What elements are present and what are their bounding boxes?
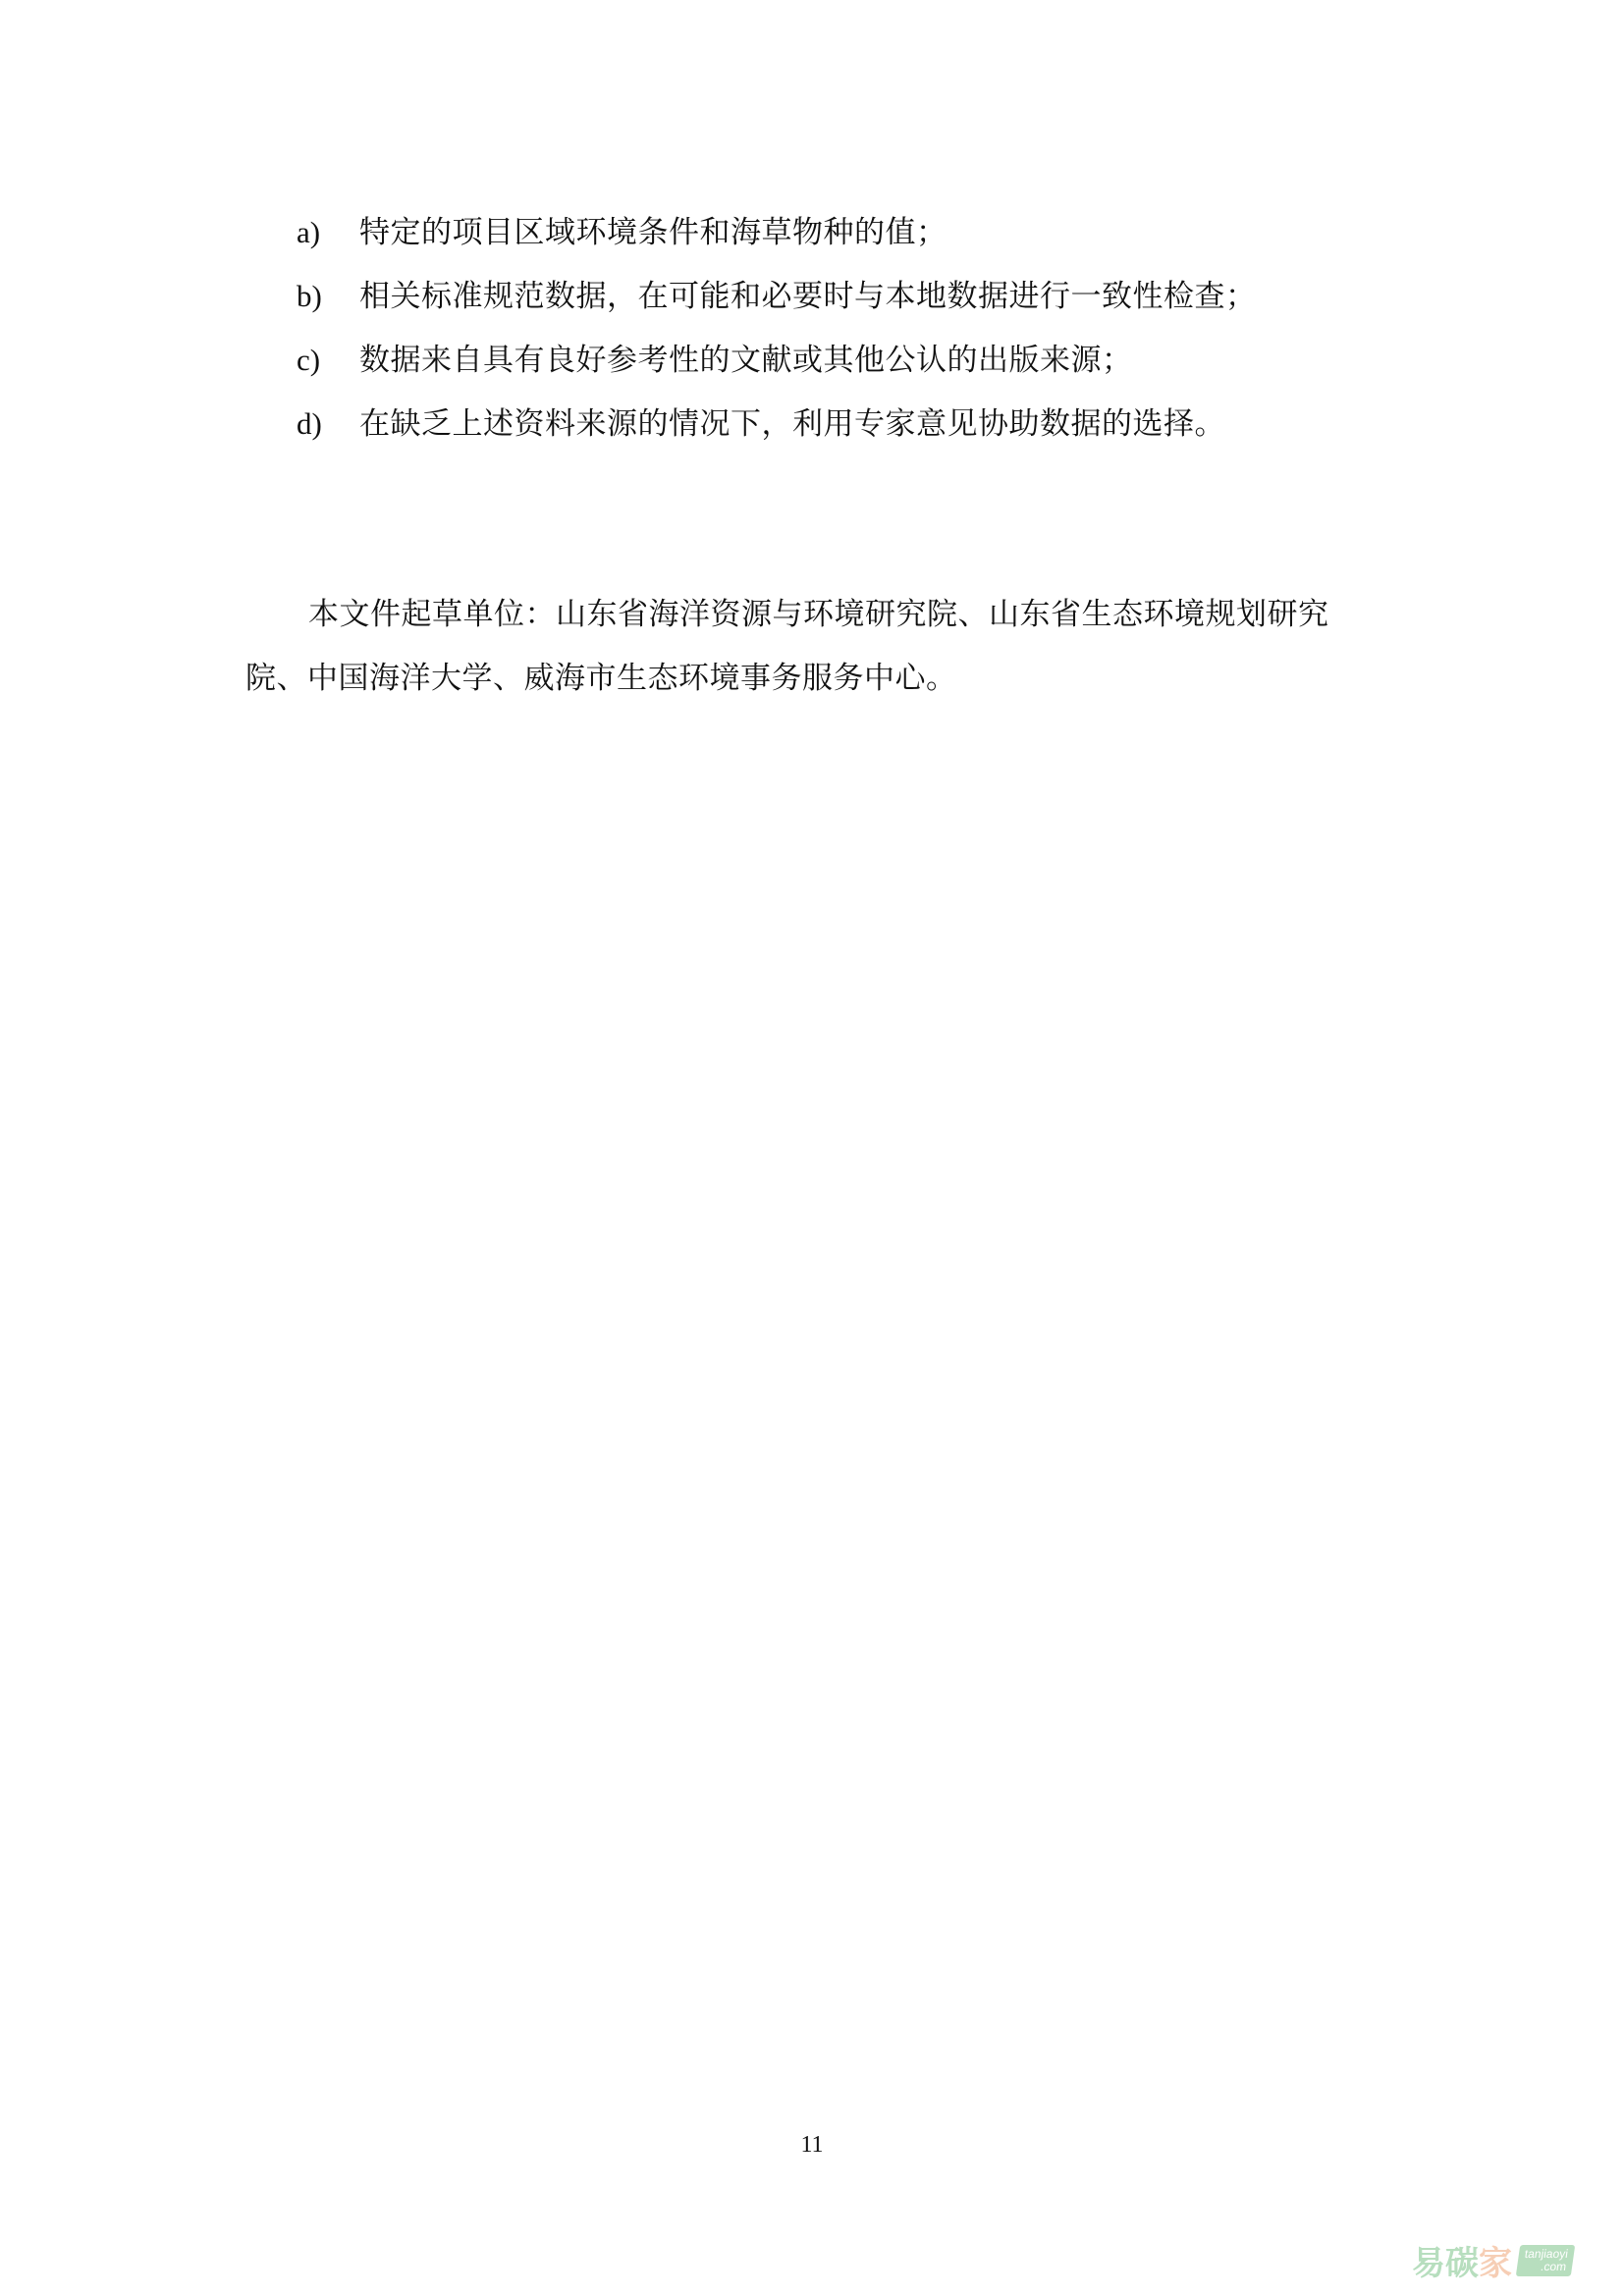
list-item-a: a) 特定的项目区域环境条件和海草物种的值； xyxy=(297,211,947,254)
list-item-text: 特定的项目区域环境条件和海草物种的值； xyxy=(359,211,947,254)
drafting-units-note: 本文件起草单位：山东省海洋资源与环境研究院、山东省生态环境规划研究院、中国海洋大… xyxy=(245,583,1384,711)
list-item-text: 在缺乏上述资料来源的情况下，利用专家意见协助数据的选择。 xyxy=(359,402,1225,446)
list-item-text: 数据来自具有良好参考性的文献或其他公认的出版来源； xyxy=(359,339,1133,382)
list-item-c: c) 数据来自具有良好参考性的文献或其他公认的出版来源； xyxy=(297,339,1133,382)
watermark-logo: 易碳家 tanjiaoyi .com xyxy=(1412,2236,1573,2284)
watermark-text: 易碳家 xyxy=(1412,2236,1512,2284)
list-item-b: b) 相关标准规范数据，在可能和必要时与本地数据进行一致性检查； xyxy=(297,275,1257,318)
list-marker: b) xyxy=(297,275,359,318)
list-item-d: d) 在缺乏上述资料来源的情况下，利用专家意见协助数据的选择。 xyxy=(297,402,1225,446)
list-marker: d) xyxy=(297,402,359,446)
list-item-text: 相关标准规范数据，在可能和必要时与本地数据进行一致性检查； xyxy=(359,275,1257,318)
list-marker: c) xyxy=(297,339,359,382)
list-marker: a) xyxy=(297,211,359,254)
watermark-badge: tanjiaoyi .com xyxy=(1516,2245,1576,2276)
page-number: 11 xyxy=(0,2132,1624,2159)
